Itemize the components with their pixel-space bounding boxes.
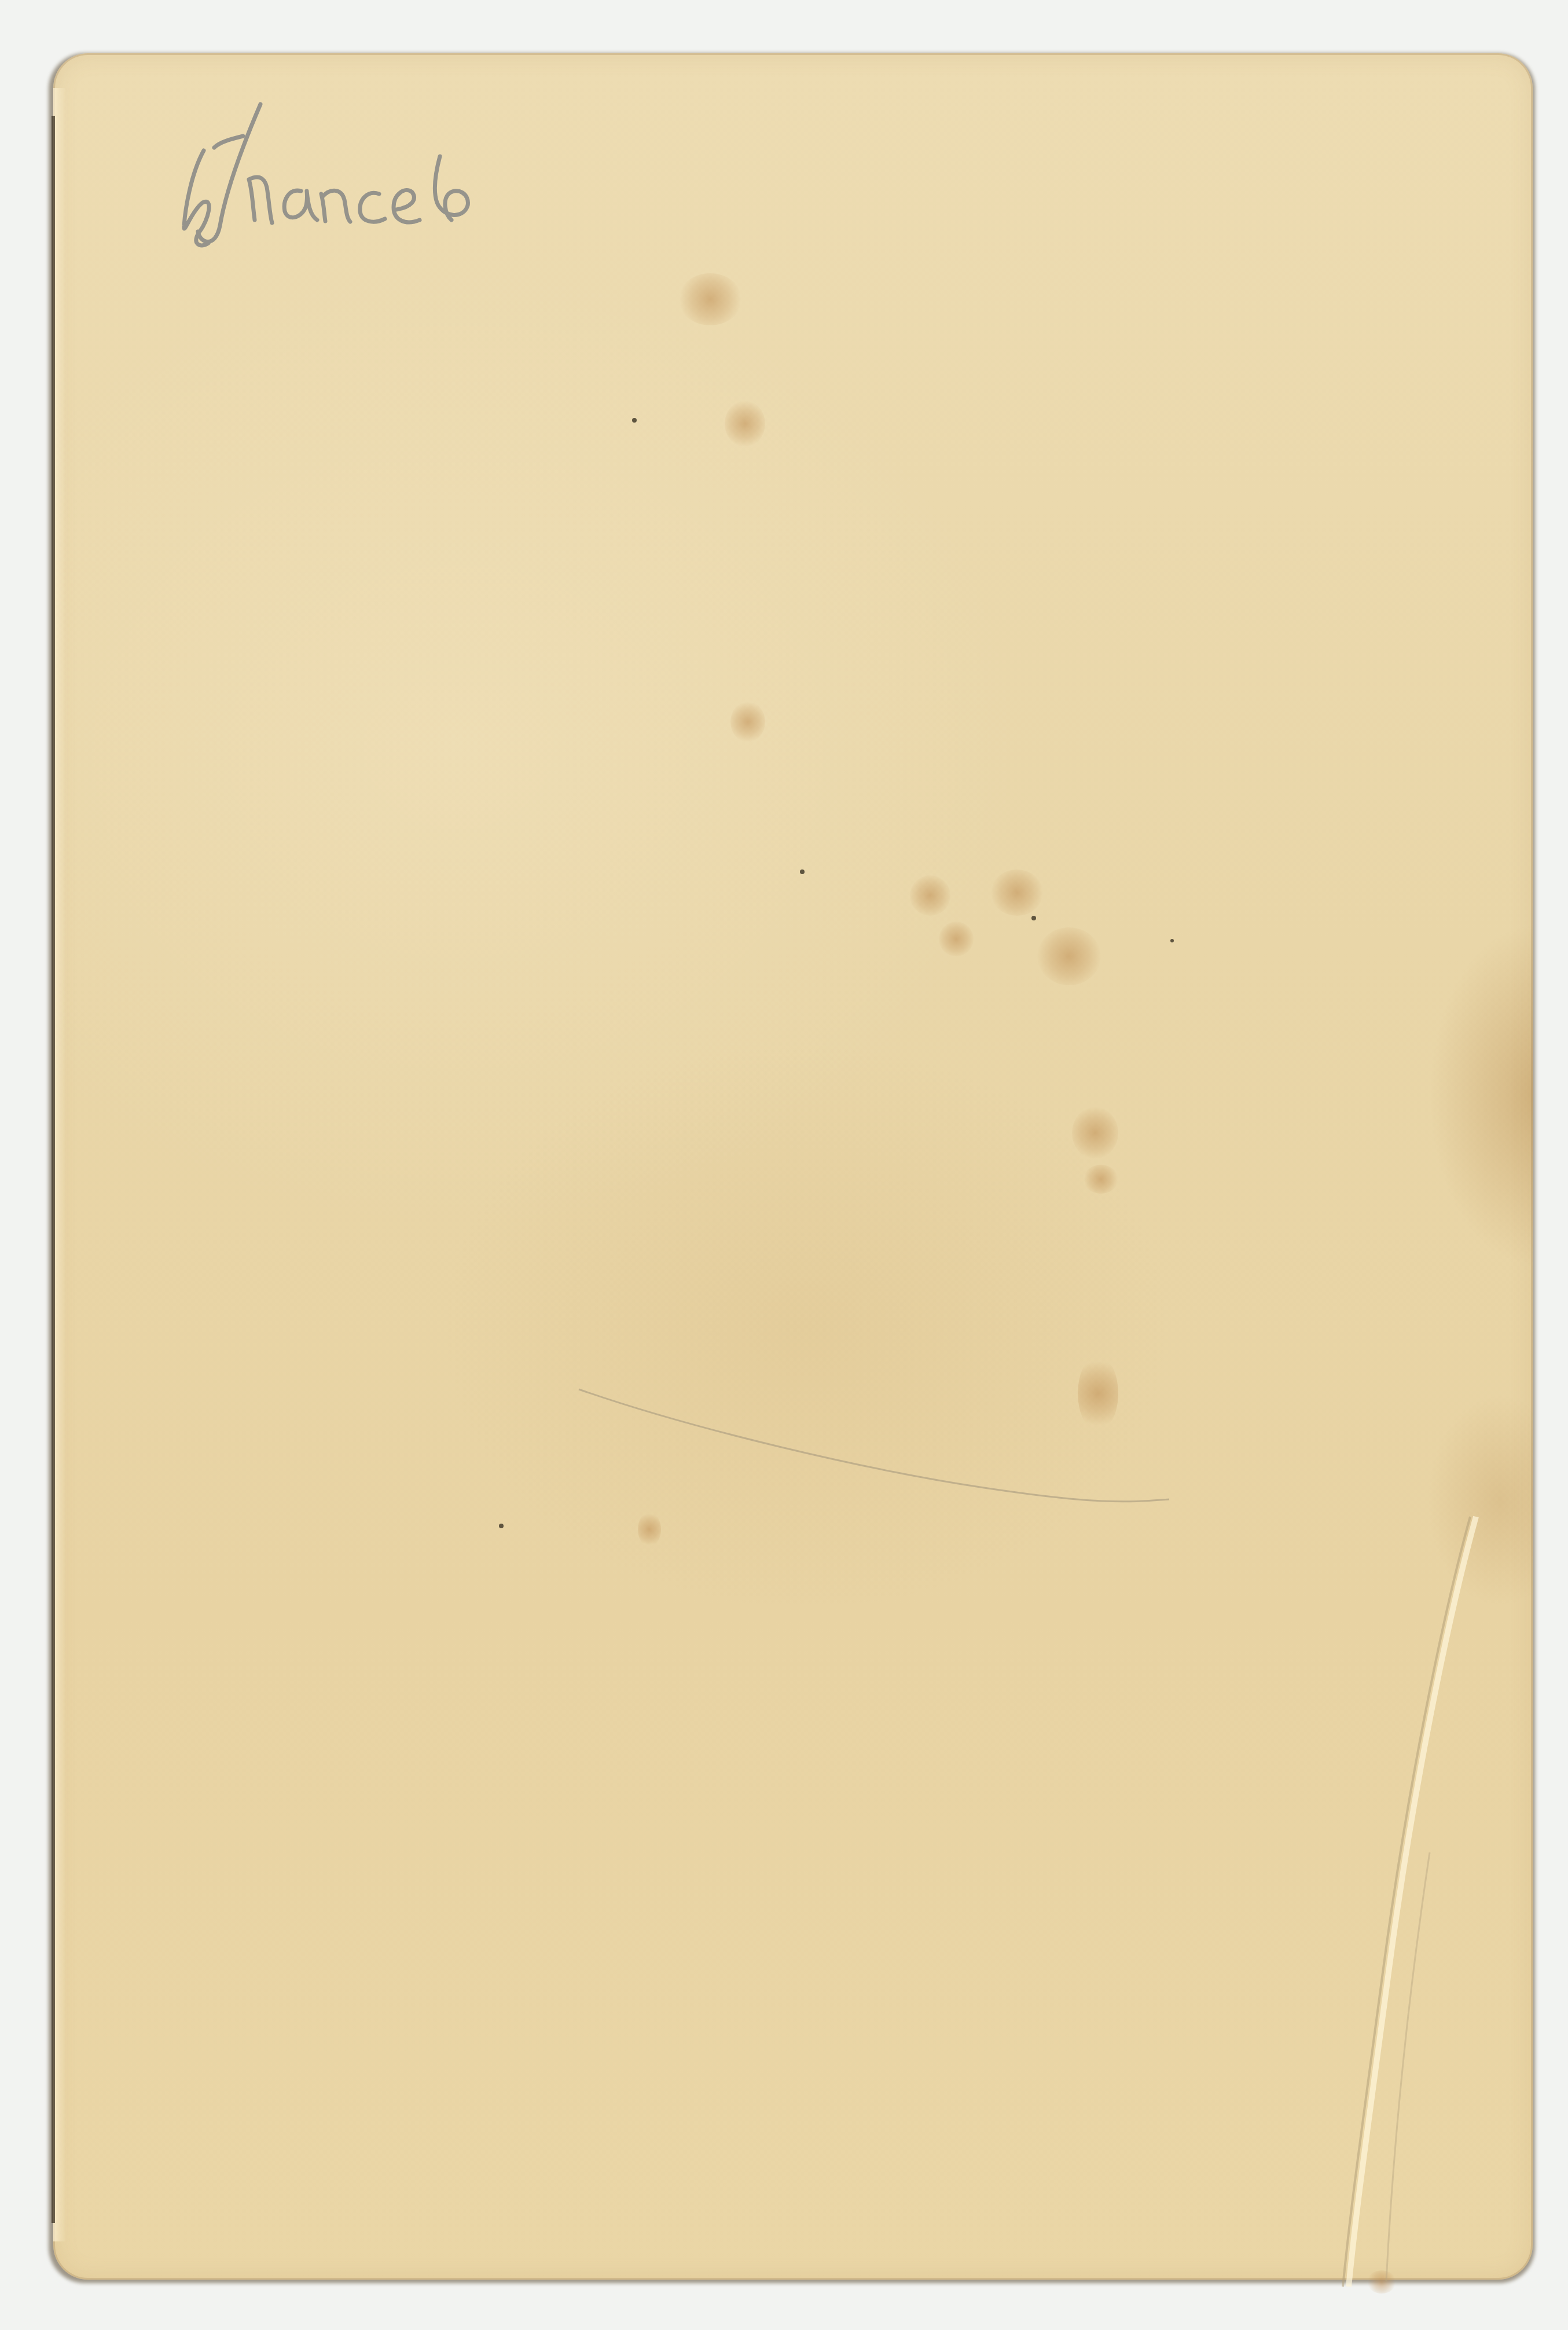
scratch-line <box>579 1389 1169 1502</box>
surface-marks <box>0 0 1568 2330</box>
inscription-text: Frances <box>191 116 666 255</box>
crease-line <box>1349 1517 1476 2287</box>
scan-background: Frances <box>0 0 1568 2330</box>
crease-line-secondary <box>1386 1852 1430 2281</box>
